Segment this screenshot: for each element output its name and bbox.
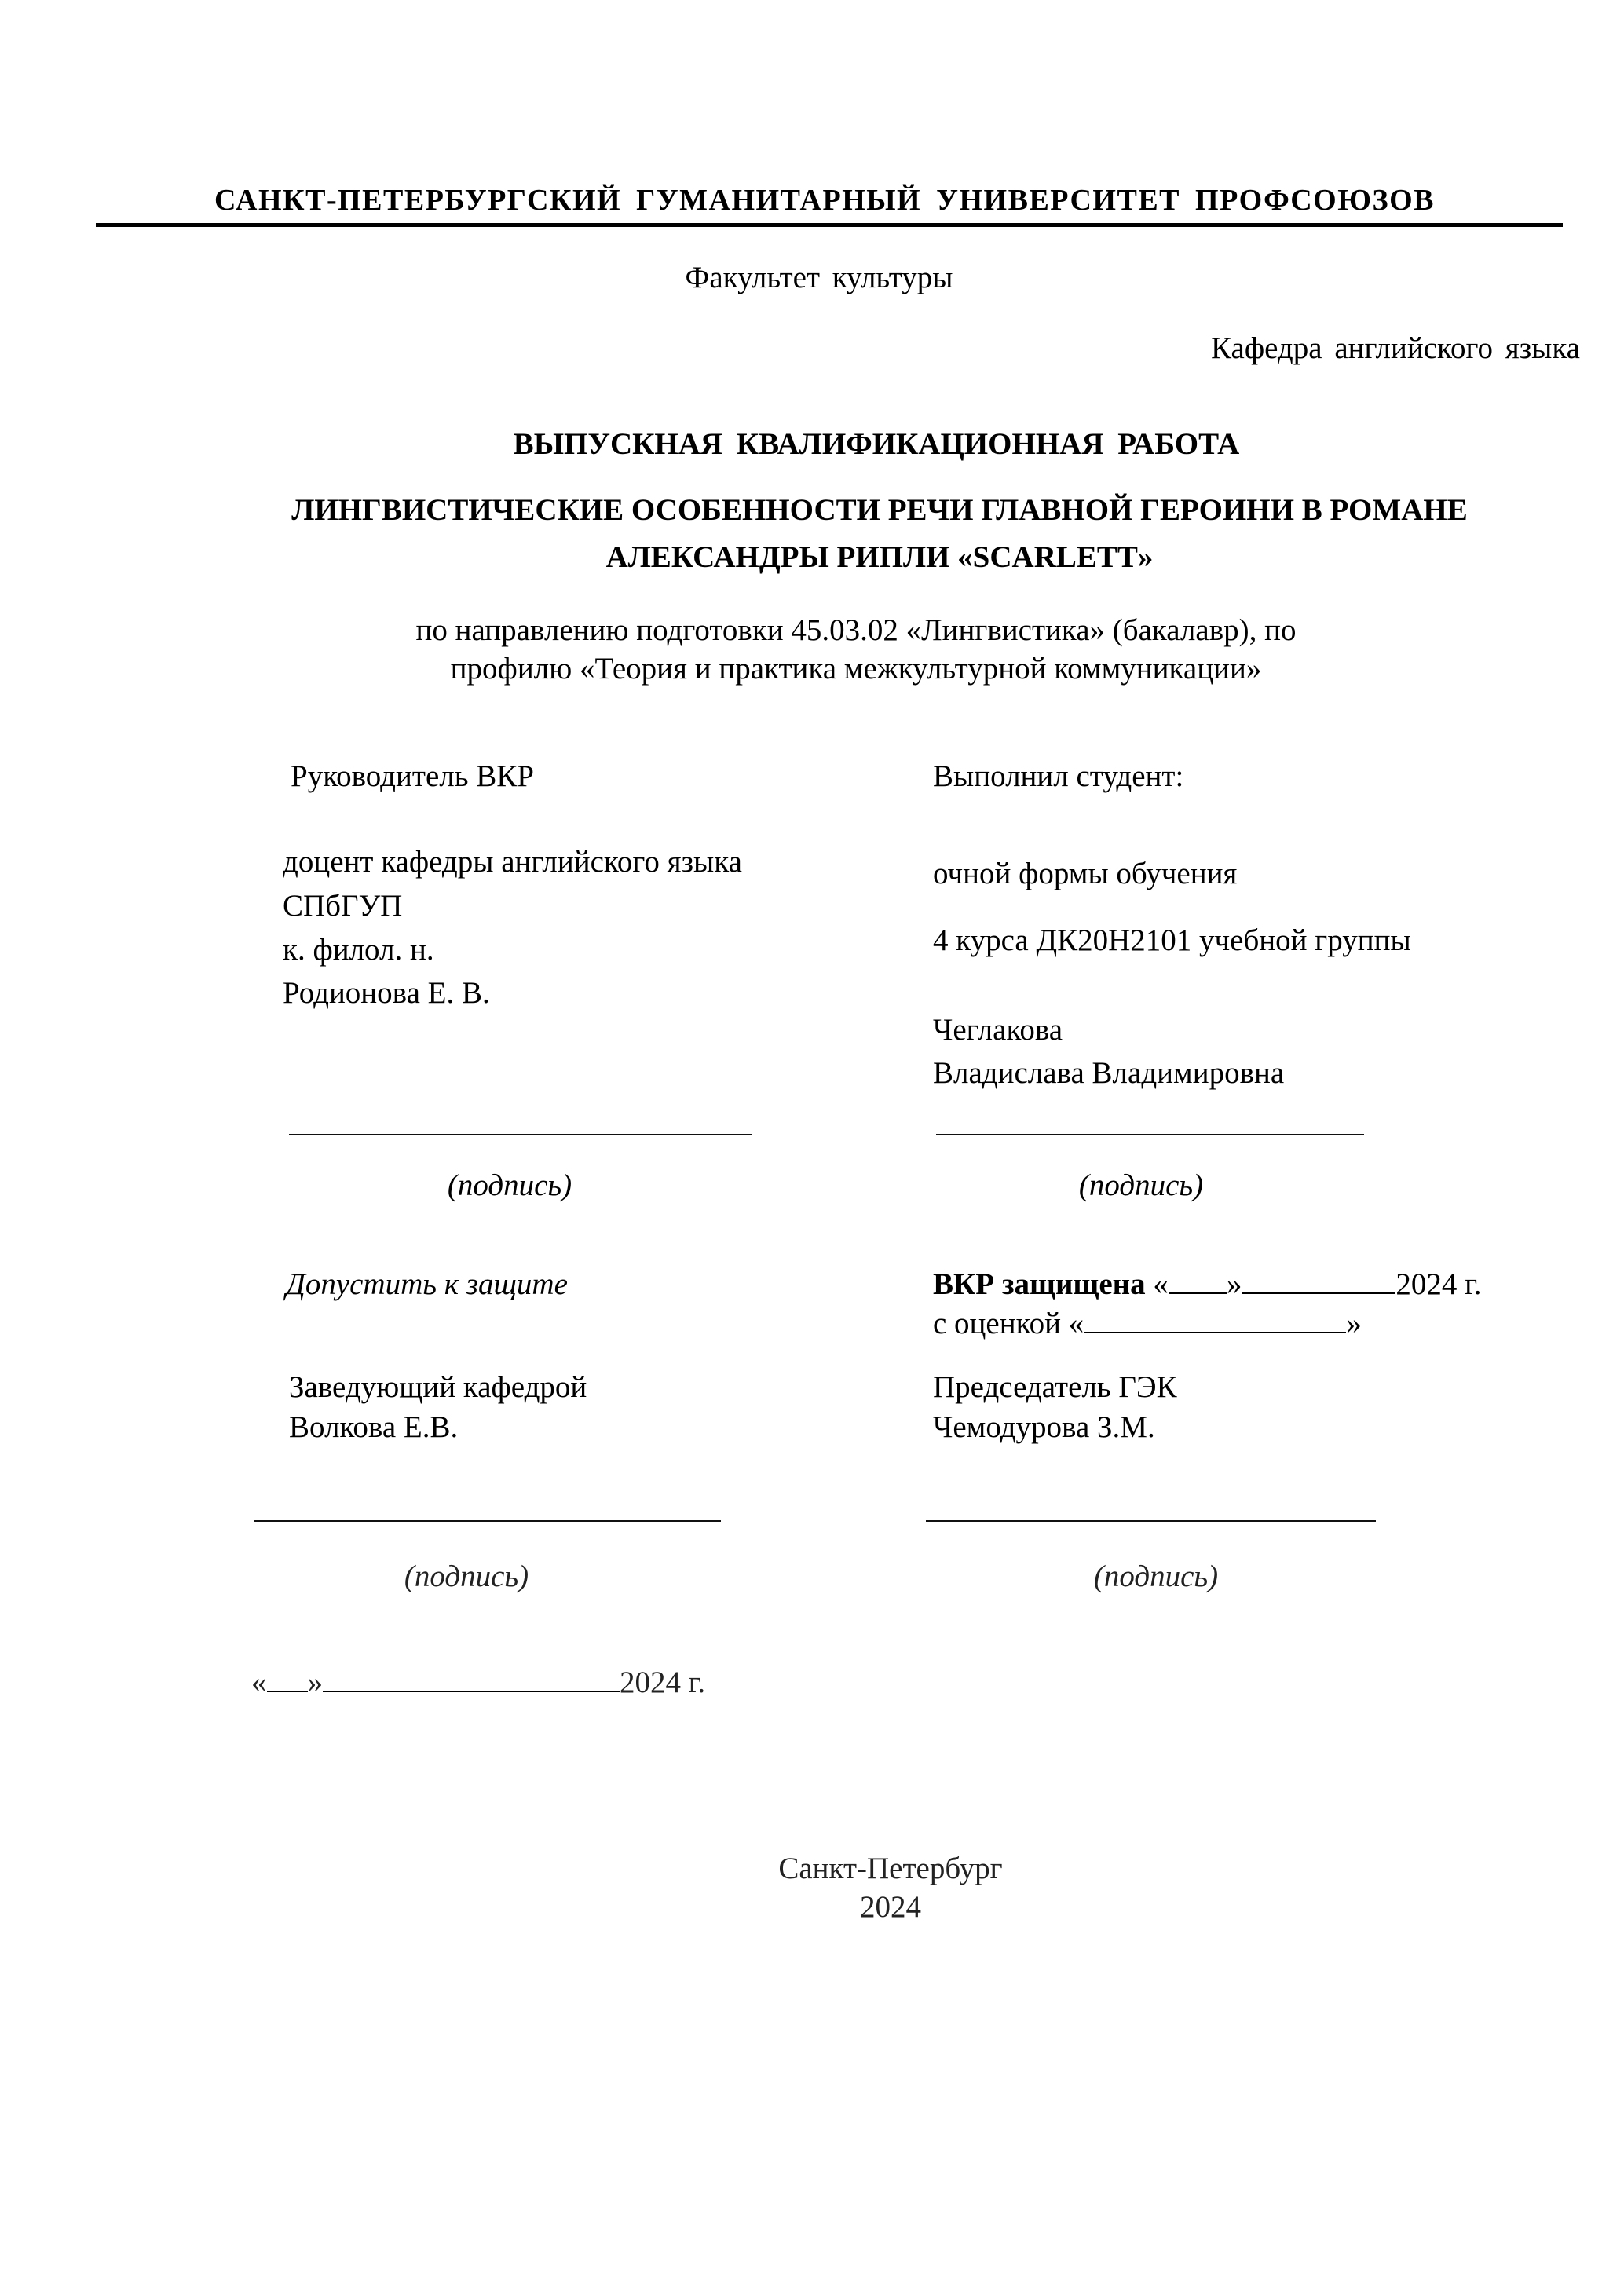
student-signature-caption: (подпись): [1079, 1170, 1203, 1201]
faculty-name: Факультет культуры: [686, 262, 953, 293]
footer-city: Санкт-Петербург: [778, 1853, 1002, 1884]
defense-grade-field: с оценкой «»: [933, 1308, 1362, 1339]
admission-date-field: «»2024 г.: [251, 1667, 705, 1698]
footer-year: 2024: [860, 1892, 921, 1922]
supervisor-name: Родионова Е. В.: [283, 978, 490, 1008]
student-signature-line: [936, 1134, 1364, 1135]
university-name: САНКТ-ПЕТЕРБУРГСКИЙ ГУМАНИТАРНЫЙ УНИВЕРС…: [214, 185, 1435, 215]
grade-blank[interactable]: [1084, 1308, 1346, 1333]
grade-suffix: »: [1346, 1307, 1362, 1340]
study-direction-line-1: по направлению подготовки 45.03.02 «Линг…: [416, 615, 1297, 645]
defense-label: ВКР защищена: [933, 1267, 1146, 1301]
defense-month-blank[interactable]: [1242, 1269, 1395, 1294]
supervisor-position: доцент кафедры английского языка: [283, 846, 742, 877]
chair-signature-caption: (подпись): [1094, 1561, 1218, 1592]
head-signature-caption: (подпись): [404, 1561, 529, 1592]
admission-date-open-quote: «: [251, 1665, 267, 1699]
student-surname: Чеглакова: [933, 1015, 1063, 1045]
admission-date-year: 2024 г.: [620, 1665, 705, 1699]
student-given-names: Владислава Владимировна: [933, 1058, 1284, 1088]
department-name: Кафедра английского языка: [1211, 333, 1580, 364]
defense-date-year: 2024 г.: [1395, 1267, 1481, 1301]
supervisor-signature-caption: (подпись): [448, 1170, 572, 1201]
supervisor-degree: к. филол. н.: [283, 934, 434, 965]
thesis-topic-line-2: АЛЕКСАНДРЫ РИПЛИ «SCARLETT»: [606, 542, 1154, 572]
defense-date-open-quote: «: [1153, 1267, 1169, 1301]
head-title: Заведующий кафедрой: [289, 1372, 587, 1402]
admission-date-close-quote: »: [308, 1665, 324, 1699]
header-rule: [96, 223, 1563, 227]
supervisor-signature-line: [289, 1134, 752, 1135]
study-direction-line-2: профилю «Теория и практика межкультурной…: [451, 653, 1262, 684]
supervisor-org: СПбГУП: [283, 890, 402, 921]
student-study-form: очной формы обучения: [933, 858, 1237, 889]
chair-title: Председатель ГЭК: [933, 1372, 1177, 1402]
work-type: ВЫПУСКНАЯ КВАЛИФИКАЦИОННАЯ РАБОТА: [514, 429, 1240, 459]
admission-day-blank[interactable]: [267, 1667, 308, 1692]
supervisor-label: Руководитель ВКР: [291, 761, 534, 792]
grade-prefix: с оценкой «: [933, 1307, 1084, 1340]
defense-date-field: ВКР защищена «»2024 г.: [933, 1269, 1482, 1300]
chair-name: Чемодурова З.М.: [933, 1412, 1155, 1442]
admission-month-blank[interactable]: [323, 1667, 620, 1692]
head-signature-line: [254, 1520, 721, 1522]
head-name: Волкова Е.В.: [289, 1412, 458, 1442]
defense-date-close-quote: »: [1227, 1267, 1242, 1301]
student-label: Выполнил студент:: [933, 761, 1183, 792]
chair-signature-line: [926, 1520, 1376, 1522]
defense-day-blank[interactable]: [1169, 1269, 1227, 1294]
thesis-topic-line-1: ЛИНГВИСТИЧЕСКИЕ ОСОБЕННОСТИ РЕЧИ ГЛАВНОЙ…: [291, 495, 1467, 525]
student-group: 4 курса ДК20Н2101 учебной группы: [933, 925, 1411, 956]
admission-label: Допустить к защите: [286, 1269, 568, 1300]
